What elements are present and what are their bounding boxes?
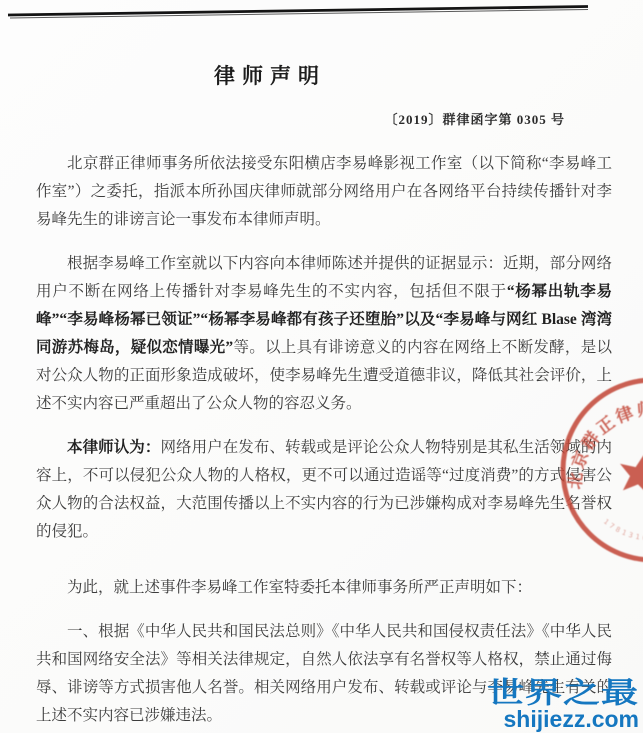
scanned-document-page: 律师声明 〔2019〕群律函字第 0305 号 北京群正律师事务所依法接受东阳横… — [0, 0, 643, 733]
seal-graphic: 北京群正律师事务所 17813101 — [548, 375, 643, 575]
star-icon — [615, 449, 643, 498]
watermark-title: 世界之最 — [487, 678, 639, 707]
seal-serial-number: 17813101 — [602, 518, 643, 543]
document-title: 律师声明 — [0, 60, 540, 90]
watermark-domain: shijiezz.com — [487, 708, 639, 731]
paragraph: 根据李易峰工作室就以下内容向本律师陈述并提供的证据显示：近期，部分网络用户不断在… — [36, 250, 612, 418]
paragraph: 为此，就上述事件李易峰工作室特委托本律师事务所严正声明如下： — [36, 574, 612, 602]
paragraph: 北京群正律师事务所依法接受东阳横店李易峰影视工作室（以下简称“李易峰工作室”）之… — [36, 150, 612, 234]
document-body: 北京群正律师事务所依法接受东阳横店李易峰影视工作室（以下简称“李易峰工作室”）之… — [36, 150, 612, 730]
document-number: 〔2019〕群律函字第 0305 号 — [384, 109, 565, 128]
law-firm-seal-stamp: 北京群正律师事务所 17813101 — [548, 375, 643, 575]
site-watermark: 世界之最 shijiezz.com — [487, 670, 639, 731]
page-top-rule — [0, 0, 643, 22]
paragraph: 本律师认为：网络用户在发布、转载或是评论公众人物特别是其私生活领域的内容上，不可… — [36, 434, 612, 546]
